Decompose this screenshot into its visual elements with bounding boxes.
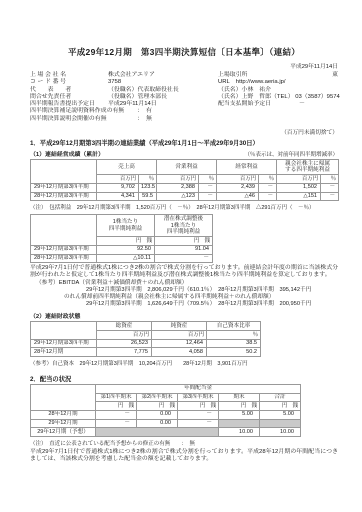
- unit-label: 円 銭: [155, 237, 213, 245]
- row-label: 29年12月期: [31, 419, 96, 428]
- company-name-row: 上 場 会 社 名 株式会社アエリア 上場取引所 東: [30, 72, 338, 79]
- company-info: 上 場 会 社 名 株式会社アエリア 上場取引所 東 コ ー ド 番 号 375…: [30, 72, 338, 123]
- cell: 59.5: [139, 192, 157, 201]
- comprehensive-income-note: （注） 包括利益 29年12月期第3四半期 1,520百万円（ －％） 28年1…: [30, 203, 338, 211]
- supplementary-colon: ：: [134, 108, 146, 115]
- eps-table: 1株当たり 四半期純利益 潜在株式調整後 1株当たり 四半期純利益 円 銭 円 …: [30, 214, 213, 263]
- corner-cell: [31, 322, 97, 339]
- eps-header: 1株当たり 四半期純利益: [97, 215, 155, 237]
- position-header-total-assets: 総資産: [97, 322, 152, 331]
- unit-label: 円 銭: [260, 402, 301, 410]
- cell: －: [259, 192, 277, 201]
- eps-diluted-header: 潜在株式調整後 1株当たり 四半期純利益: [155, 215, 213, 237]
- contact-tel: （TEL） 03（3587）9574: [271, 94, 340, 101]
- report-date: 平成29年11月14日: [30, 61, 338, 70]
- cell: 7,775: [97, 348, 152, 357]
- blank-cell: [219, 419, 260, 428]
- code-value: 3758: [108, 79, 218, 86]
- unit-label: 百万円: [97, 175, 139, 183]
- ebitda-block: （参考）EBITDA（営業利益＋減価償却費＋のれん償却額） 29年12月期第3四…: [30, 280, 338, 309]
- results-subheading: （1）連結経営成績（累計）: [30, 149, 104, 158]
- dividend-header-q3: 第3四半期末: [178, 393, 219, 402]
- position-header-equity-ratio: 自己資本比率: [207, 322, 261, 331]
- row-label: 28年12月期: [31, 348, 97, 357]
- exchange-value: 東: [332, 72, 338, 79]
- cell: 123.5: [139, 183, 157, 192]
- corner-cell: [31, 215, 97, 246]
- cell: 91.04: [155, 245, 213, 254]
- row-label: 29年12月期第3四半期: [31, 183, 97, 192]
- unit-label: 円 銭: [178, 402, 219, 410]
- dividend-span-header: 年間配当金: [96, 384, 301, 393]
- position-header-net-assets: 純資産: [152, 322, 207, 331]
- unit-label: 円 銭: [96, 402, 137, 410]
- results-header-net-income: 親会社株主に帰属 する四半期純利益: [277, 160, 339, 175]
- doc-title: 平成29年12月期 第3四半期決算短信〔日本基準〕（連結）: [30, 46, 338, 58]
- briefing-label: 四半期決算説明会開催の有無: [30, 116, 134, 123]
- cell: 5.00: [219, 410, 260, 419]
- supplementary-value: 有: [146, 108, 152, 115]
- cell: △10.11: [97, 254, 155, 263]
- cell: 4,341: [97, 192, 139, 201]
- cell: －: [199, 183, 217, 192]
- representative-label: 代 表 者: [30, 87, 108, 94]
- filing-date-value: 平成29年11月14日: [108, 101, 218, 108]
- cell: 0.00: [137, 419, 178, 428]
- results-row-fy29q3: 29年12月期第3四半期 9,702 123.5 2,388 － 2,439 －…: [31, 183, 339, 192]
- cell: －: [155, 254, 213, 263]
- cell: 0.00: [137, 410, 178, 419]
- cell: －: [96, 410, 137, 419]
- cell: 5.00: [260, 410, 301, 419]
- rounding-note: （百万円未満切捨て）: [30, 127, 338, 136]
- dividend-header-yearend: 期末: [219, 393, 260, 402]
- cell: 12,464: [152, 339, 207, 348]
- stock-split-note: 平成29年7月1日付で普通株式1株につき2株の割合で株式分割を行っております。前…: [30, 265, 338, 279]
- ebitda-line2: 29年12月期第3四半期 2,806,029千円（610.1％） 28年12月期…: [30, 287, 338, 294]
- results-table: 売上高 営業利益 経常利益 親会社株主に帰属 する四半期純利益 百万円 ％ 百万…: [30, 159, 339, 201]
- unit-label: ％: [207, 331, 261, 339]
- supplementary-row: 四半期決算補足説明資料作成の有無 ： 有: [30, 108, 338, 115]
- cell: 9,702: [97, 183, 139, 192]
- unit-label: 百万円: [97, 331, 152, 339]
- row-label: 29年12月期第3四半期: [31, 339, 97, 348]
- row-label: 28年12月期第3四半期: [31, 254, 97, 263]
- position-subheading: （2）連結財政状態: [30, 311, 80, 320]
- position-row-fy28: 28年12月期 7,775 4,058 50.2: [31, 348, 261, 357]
- unit-label: 円 銭: [219, 402, 260, 410]
- cell: 2,439: [217, 183, 259, 192]
- cell: 10.00: [219, 428, 260, 437]
- results-header-ordinary-income: 経常利益: [217, 160, 277, 175]
- dividend-start-label: 配当支払開始予定日: [218, 101, 271, 108]
- unit-label: ％: [321, 175, 339, 183]
- cell: －: [321, 183, 339, 192]
- document-page: 平成29年12月期 第3四半期決算短信〔日本基準〕（連結） 平成29年11月14…: [30, 46, 338, 463]
- row-label: 28年12月期第3四半期: [31, 192, 97, 201]
- supplementary-label: 四半期決算補足説明資料作成の有無: [30, 108, 134, 115]
- blank-cell: [260, 419, 301, 428]
- cell: 26,523: [97, 339, 152, 348]
- unit-label: 百万円: [152, 331, 207, 339]
- cell: －: [178, 419, 219, 428]
- dividend-header-q1: 第1四半期末: [96, 393, 137, 402]
- position-table: 総資産 純資産 自己資本比率 百万円 百万円 ％ 29年12月期第3四半期 26…: [30, 321, 261, 357]
- dividend-header-total: 合計: [260, 393, 301, 402]
- dividend-header-q2: 第2四半期末: [137, 393, 178, 402]
- representative-row: 代 表 者 （役職名）代表取締役社長 （氏名）小林 祐介: [30, 87, 338, 94]
- row-label: 29年12月期（予想）: [31, 428, 96, 437]
- dividend-row-fy29: 29年12月期 － 0.00 －: [31, 419, 301, 428]
- briefing-row: 四半期決算説明会開催の有無 ： 無: [30, 116, 338, 123]
- unit-label: ％: [139, 175, 157, 183]
- cell: 1,502: [277, 183, 321, 192]
- results-subheading-row: （1）連結経営成績（累計） （％表示は、対前年同四半期増減率）: [30, 149, 338, 158]
- cell: 2,388: [157, 183, 199, 192]
- corner-cell: [31, 160, 97, 184]
- cell: 4,058: [152, 348, 207, 357]
- briefing-value: 無: [146, 116, 152, 123]
- unit-label: 百万円: [157, 175, 199, 183]
- dividend-row-fy29-forecast: 29年12月期（予想） 10.00 10.00: [31, 428, 301, 437]
- dividend-split-note: 平成29年7月1日付で普通株式1株につき2株の割合で株式分割を行っております。平…: [30, 449, 338, 463]
- row-label: 29年12月期第3四半期: [31, 245, 97, 254]
- cell: △123: [157, 192, 199, 201]
- code-row: コ ー ド 番 号 3758 URL http://www.aeria.jp/: [30, 79, 338, 86]
- url-value: http://www.aeria.jp/: [236, 79, 286, 86]
- cell: －: [199, 192, 217, 201]
- eps-row-fy29q3: 29年12月期第3四半期 92.50 91.04: [31, 245, 213, 254]
- unit-label: ％: [259, 175, 277, 183]
- unit-label: ％: [199, 175, 217, 183]
- equity-note: （参考）自己資本 29年12月期第3四半期 10,204百万円 28年12月期 …: [30, 359, 338, 367]
- results-header-operating-income: 営業利益: [157, 160, 217, 175]
- results-header-sales: 売上高: [97, 160, 157, 175]
- representative-name: （氏名）小林 祐介: [218, 87, 271, 94]
- cell: 92.50: [97, 245, 155, 254]
- cell: 38.5: [207, 339, 261, 348]
- position-row-fy29q3: 29年12月期第3四半期 26,523 12,464 38.5: [31, 339, 261, 348]
- cell: 10.00: [260, 428, 301, 437]
- row-label: 28年12月期: [31, 410, 96, 419]
- unit-label: 円 銭: [97, 237, 155, 245]
- unit-label: 百万円: [217, 175, 259, 183]
- section1-heading: 1．平成29年12月期第3四半期の連結業績（平成29年1月1日～平成29年9月3…: [30, 138, 338, 147]
- code-label: コ ー ド 番 号: [30, 79, 108, 86]
- ebitda-line1: （参考）EBITDA（営業利益＋減価償却費＋のれん償却額）: [30, 280, 338, 287]
- dividend-note: （注） 直近に公表されている配当予想からの修正の有無 ： 無: [30, 439, 338, 447]
- company-name: 株式会社アエリア: [108, 72, 218, 79]
- corner-cell: [31, 384, 96, 410]
- unit-label: 百万円: [277, 175, 321, 183]
- cell: －: [96, 419, 137, 428]
- cell: 50.2: [207, 348, 261, 357]
- dividend-start-value: －: [299, 101, 305, 108]
- briefing-colon: ：: [134, 116, 146, 123]
- results-pct-note: （％表示は、対前年同四半期増減率）: [244, 150, 338, 158]
- results-row-fy28q3: 28年12月期第3四半期 4,341 59.5 △123 － △46 － △15…: [31, 192, 339, 201]
- section2-heading: 2．配当の状況: [30, 374, 338, 383]
- cell: △151: [277, 192, 321, 201]
- url-label: URL: [218, 79, 230, 86]
- dividend-row-fy28: 28年12月期 － 0.00 － 5.00 5.00: [31, 410, 301, 419]
- cell: －: [259, 183, 277, 192]
- exchange-label: 上場取引所: [218, 72, 247, 79]
- cell: －: [321, 192, 339, 201]
- cell: －: [178, 410, 219, 419]
- representative-title: （役職名）代表取締役社長: [108, 87, 218, 94]
- position-subheading-row: （2）連結財政状態: [30, 311, 338, 320]
- blank-cell: [96, 428, 219, 437]
- ebitda-line4: 29年12月期第3四半期 1,626,649千円（709.5％） 28年12月期…: [30, 301, 338, 308]
- cell: △46: [217, 192, 259, 201]
- dividend-table: 年間配当金 第1四半期末 第2四半期末 第3四半期末 期末 合計 円 銭 円 銭…: [30, 384, 301, 437]
- unit-label: 円 銭: [137, 402, 178, 410]
- eps-row-fy28q3: 28年12月期第3四半期 △10.11 －: [31, 254, 213, 263]
